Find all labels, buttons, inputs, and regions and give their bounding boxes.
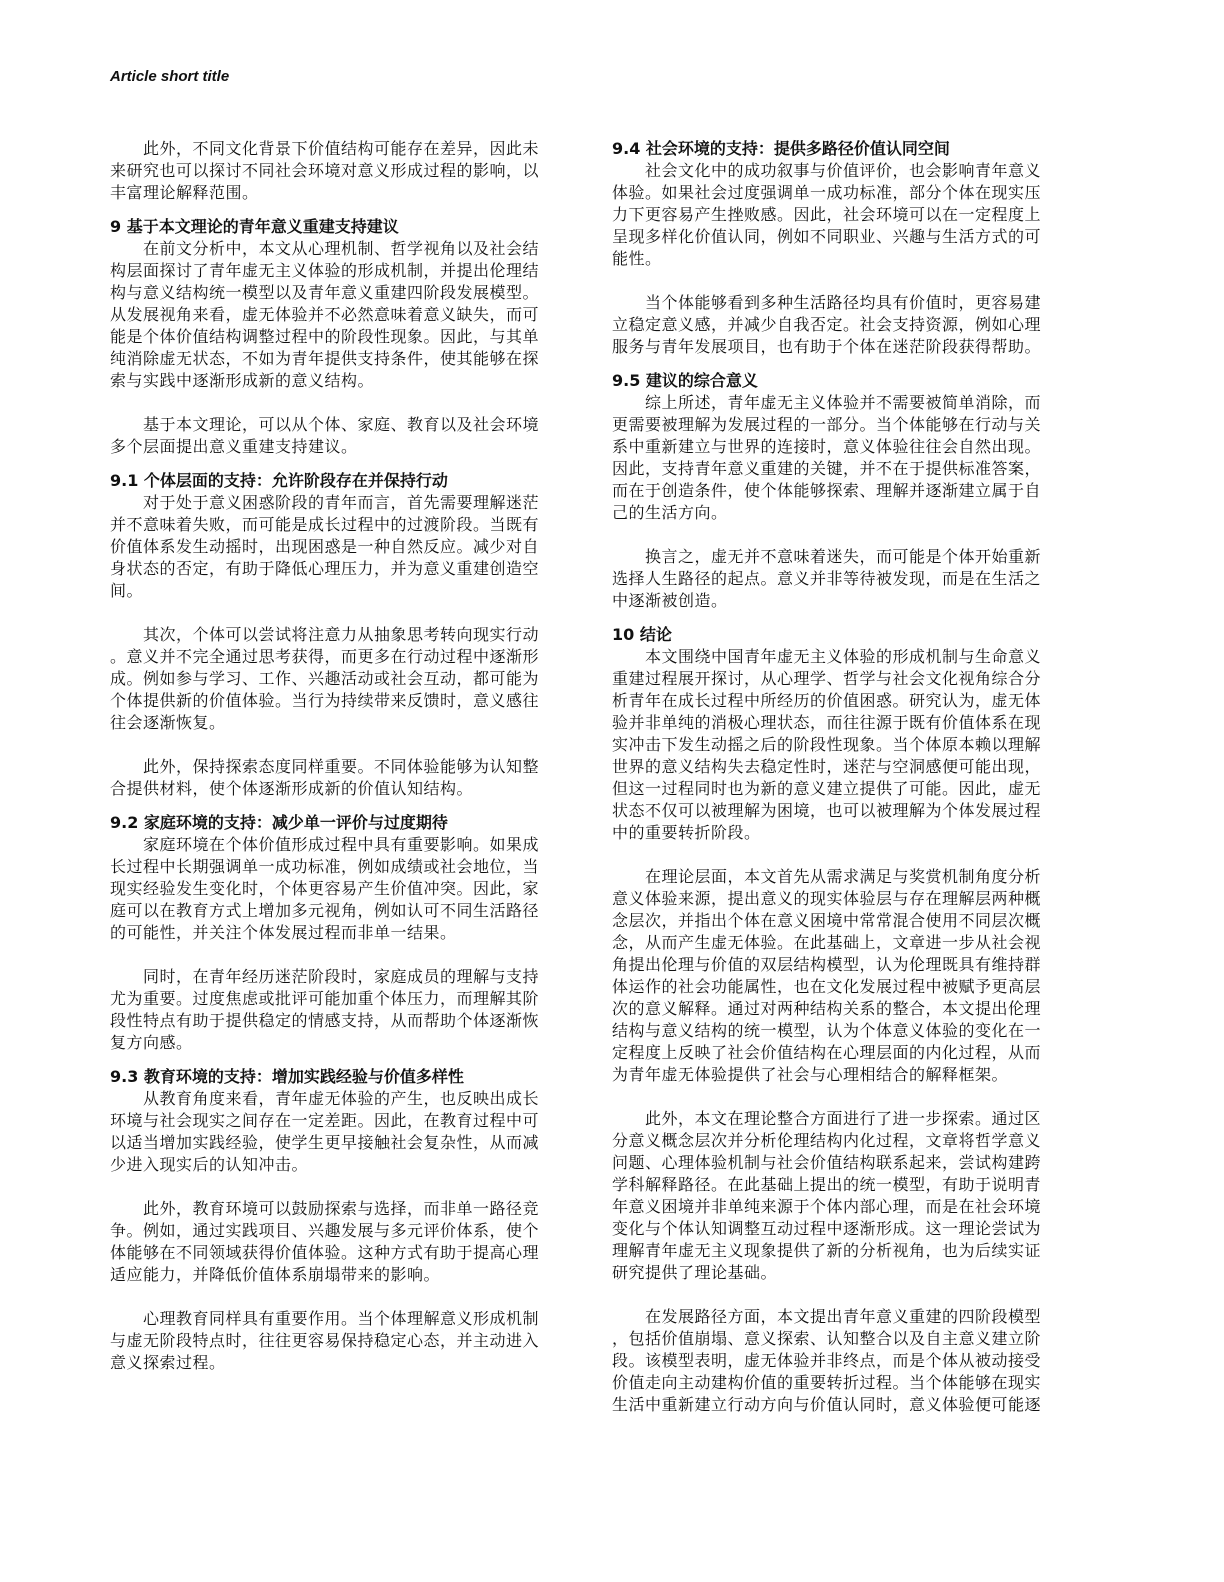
text-line: 角提出伦理与价值的双层结构模型，认为伦理既具有维持群 xyxy=(612,954,1082,976)
paragraph-gap xyxy=(612,270,1082,292)
text-line: 学科解释路径。在此基础上提出的统一模型，有助于说明青 xyxy=(612,1174,1082,1196)
left-column: 此外，不同文化背景下价值结构可能存在差异，因此未来研究也可以探讨不同社会环境对意… xyxy=(110,138,580,1374)
text-line: 心理教育同样具有重要作用。当个体理解意义形成机制 xyxy=(110,1308,580,1330)
text-line: 的可能性，并关注个体发展过程而非单一结果。 xyxy=(110,922,580,944)
text-line: 对于处于意义困惑阶段的青年而言，首先需要理解迷茫 xyxy=(110,492,580,514)
text-line: 析青年在成长过程中所经历的价值困惑。研究认为，虚无体 xyxy=(612,690,1082,712)
text-line: 多个层面提出意义重建支持建议。 xyxy=(110,436,580,458)
section-heading: 9.2 家庭环境的支持：减少单一评价与过度期待 xyxy=(110,812,580,834)
text-line: 体运作的社会功能属性，也在文化发展过程中被赋予更高层 xyxy=(612,976,1082,998)
text-line: 纯消除虚无状态，不如为青年提供支持条件，使其能够在探 xyxy=(110,348,580,370)
paragraph-gap xyxy=(612,524,1082,546)
text-line: 并不意味着失败，而可能是成长过程中的过渡阶段。当既有 xyxy=(110,514,580,536)
text-line: 意义体验来源，提出意义的现实体验层与存在理解层两种概 xyxy=(612,888,1082,910)
text-line: 以适当增加实践经验，使学生更早接触社会复杂性，从而减 xyxy=(110,1132,580,1154)
running-title: Article short title xyxy=(110,68,229,85)
text-line: 为青年虚无体验提供了社会与心理相结合的解释框架。 xyxy=(612,1064,1082,1086)
text-line: 社会文化中的成功叙事与价值评价，也会影响青年意义 xyxy=(612,160,1082,182)
text-line: 当个体能够看到多种生活路径均具有价值时，更容易建 xyxy=(612,292,1082,314)
text-line: 本文围绕中国青年虚无主义体验的形成机制与生命意义 xyxy=(612,646,1082,668)
text-line: 基于本文理论，可以从个体、家庭、教育以及社会环境 xyxy=(110,414,580,436)
text-line: 因此，支持青年意义重建的关键，并不在于提供标准答案， xyxy=(612,458,1082,480)
text-line: 重建过程展开探讨，从心理学、哲学与社会文化视角综合分 xyxy=(612,668,1082,690)
text-line: 综上所述，青年虚无主义体验并不需要被简单消除，而 xyxy=(612,392,1082,414)
section-gap xyxy=(612,612,1082,624)
text-line: 中逐渐被创造。 xyxy=(612,590,1082,612)
text-line: 。意义并不完全通过思考获得，而更多在行动过程中逐渐形 xyxy=(110,646,580,668)
text-line: 理解青年虚无主义现象提供了新的分析视角，也为后续实证 xyxy=(612,1240,1082,1262)
text-line: 变化与个体认知调整互动过程中逐渐形成。这一理论尝试为 xyxy=(612,1218,1082,1240)
text-line: 庭可以在教育方式上增加多元视角，例如认可不同生活路径 xyxy=(110,900,580,922)
text-line: 价值走向主动建构价值的重要转折过程。当个体能够在现实 xyxy=(612,1372,1082,1394)
text-line: 次的意义解释。通过对两种结构关系的整合，本文提出伦理 xyxy=(612,998,1082,1020)
text-line: 生活中重新建立行动方向与价值认同时，意义体验便可能逐 xyxy=(612,1394,1082,1416)
text-line: 长过程中长期强调单一成功标准，例如成绩或社会地位，当 xyxy=(110,856,580,878)
section-heading: 9.3 教育环境的支持：增加实践经验与价值多样性 xyxy=(110,1066,580,1088)
text-line: 研究提供了理论基础。 xyxy=(612,1262,1082,1284)
text-line: 力下更容易产生挫败感。因此，社会环境可以在一定程度上 xyxy=(612,204,1082,226)
text-line: 构层面探讨了青年虚无主义体验的形成机制，并提出伦理结 xyxy=(110,260,580,282)
paragraph-gap xyxy=(110,1286,580,1308)
paragraph-gap xyxy=(110,1176,580,1198)
text-line: 能是个体价值结构调整过程中的阶段性现象。因此，与其单 xyxy=(110,326,580,348)
text-line: 系中重新建立与世界的连接时，意义体验往往会自然出现。 xyxy=(612,436,1082,458)
text-line: 体验。如果社会过度强调单一成功标准，部分个体在现实压 xyxy=(612,182,1082,204)
text-line: 状态不仅可以被理解为困境，也可以被理解为个体发展过程 xyxy=(612,800,1082,822)
text-line: 与虚无阶段特点时，往往更容易保持稳定心态，并主动进入 xyxy=(110,1330,580,1352)
paragraph-gap xyxy=(612,1284,1082,1306)
text-line: 少进入现实后的认知冲击。 xyxy=(110,1154,580,1176)
text-line: 此外，本文在理论整合方面进行了进一步探索。通过区 xyxy=(612,1108,1082,1130)
text-line: 丰富理论解释范围。 xyxy=(110,182,580,204)
text-line: 在前文分析中，本文从心理机制、哲学视角以及社会结 xyxy=(110,238,580,260)
text-line: 从发展视角来看，虚无体验并不必然意味着意义缺失，而可 xyxy=(110,304,580,326)
text-line: 其次，个体可以尝试将注意力从抽象思考转向现实行动 xyxy=(110,624,580,646)
paragraph-gap xyxy=(110,392,580,414)
text-line: 段。该模型表明，虚无体验并非终点，而是个体从被动接受 xyxy=(612,1350,1082,1372)
text-line: ，包括价值崩塌、意义探索、认知整合以及自主意义建立阶 xyxy=(612,1328,1082,1350)
paragraph-gap xyxy=(110,602,580,624)
text-line: 现实经验发生变化时，个体更容易产生价值冲突。因此，家 xyxy=(110,878,580,900)
text-line: 个体提供新的价值体验。当行为持续带来反馈时，意义感往 xyxy=(110,690,580,712)
text-line: 复方向感。 xyxy=(110,1032,580,1054)
text-line: 同时，在青年经历迷茫阶段时，家庭成员的理解与支持 xyxy=(110,966,580,988)
section-gap xyxy=(110,800,580,812)
text-line: 立稳定意义感，并减少自我否定。社会支持资源，例如心理 xyxy=(612,314,1082,336)
text-line: 来研究也可以探讨不同社会环境对意义形成过程的影响，以 xyxy=(110,160,580,182)
section-heading: 9.1 个体层面的支持：允许阶段存在并保持行动 xyxy=(110,470,580,492)
text-line: 成。例如参与学习、工作、兴趣活动或社会互动，都可能为 xyxy=(110,668,580,690)
text-line: 体能够在不同领域获得价值体验。这种方式有助于提高心理 xyxy=(110,1242,580,1264)
text-line: 意义探索过程。 xyxy=(110,1352,580,1374)
section-gap xyxy=(110,204,580,216)
text-line: 适应能力，并降低价值体系崩塌带来的影响。 xyxy=(110,1264,580,1286)
text-line: 往会逐渐恢复。 xyxy=(110,712,580,734)
section-gap xyxy=(612,358,1082,370)
text-line: 间。 xyxy=(110,580,580,602)
paragraph-gap xyxy=(110,944,580,966)
text-line: 换言之，虚无并不意味着迷失，而可能是个体开始重新 xyxy=(612,546,1082,568)
text-line: 呈现多样化价值认同，例如不同职业、兴趣与生活方式的可 xyxy=(612,226,1082,248)
section-heading: 10 结论 xyxy=(612,624,1082,646)
text-line: 在发展路径方面，本文提出青年意义重建的四阶段模型 xyxy=(612,1306,1082,1328)
text-line: 家庭环境在个体价值形成过程中具有重要影响。如果成 xyxy=(110,834,580,856)
text-line: 身状态的否定，有助于降低心理压力，并为意义重建创造空 xyxy=(110,558,580,580)
text-line: 问题、心理体验机制与社会价值结构联系起来，尝试构建跨 xyxy=(612,1152,1082,1174)
text-line: 合提供材料，使个体逐渐形成新的价值认知结构。 xyxy=(110,778,580,800)
text-line: 环境与社会现实之间存在一定差距。因此，在教育过程中可 xyxy=(110,1110,580,1132)
text-line: 此外，教育环境可以鼓励探索与选择，而非单一路径竞 xyxy=(110,1198,580,1220)
paragraph-gap xyxy=(110,734,580,756)
text-line: 此外，保持探索态度同样重要。不同体验能够为认知整 xyxy=(110,756,580,778)
text-line: 念，从而产生虚无体验。在此基础上，文章进一步从社会视 xyxy=(612,932,1082,954)
text-line: 争。例如，通过实践项目、兴趣发展与多元评价体系，使个 xyxy=(110,1220,580,1242)
text-line: 结构与意义结构的统一模型，认为个体意义体验的变化在一 xyxy=(612,1020,1082,1042)
text-line: 世界的意义结构失去稳定性时，迷茫与空洞感便可能出现， xyxy=(612,756,1082,778)
text-line: 此外，不同文化背景下价值结构可能存在差异，因此未 xyxy=(110,138,580,160)
text-line: 构与意义结构统一模型以及青年意义重建四阶段发展模型。 xyxy=(110,282,580,304)
text-line: 但这一过程同时也为新的意义建立提供了可能。因此，虚无 xyxy=(612,778,1082,800)
right-column: 9.4 社会环境的支持：提供多路径价值认同空间 社会文化中的成功叙事与价值评价，… xyxy=(612,138,1082,1416)
section-heading: 9 基于本文理论的青年意义重建支持建议 xyxy=(110,216,580,238)
text-line: 中的重要转折阶段。 xyxy=(612,822,1082,844)
paragraph-gap xyxy=(612,844,1082,866)
text-line: 从教育角度来看，青年虚无体验的产生，也反映出成长 xyxy=(110,1088,580,1110)
text-line: 能性。 xyxy=(612,248,1082,270)
section-gap xyxy=(110,458,580,470)
text-line: 己的生活方向。 xyxy=(612,502,1082,524)
section-heading: 9.5 建议的综合意义 xyxy=(612,370,1082,392)
text-line: 分意义概念层次并分析伦理结构内化过程，文章将哲学意义 xyxy=(612,1130,1082,1152)
text-line: 实冲击下发生动摇之后的阶段性现象。当个体原本赖以理解 xyxy=(612,734,1082,756)
text-line: 段性特点有助于提供稳定的情感支持，从而帮助个体逐渐恢 xyxy=(110,1010,580,1032)
text-line: 而在于创造条件，使个体能够探索、理解并逐渐建立属于自 xyxy=(612,480,1082,502)
text-line: 在理论层面，本文首先从需求满足与奖赏机制角度分析 xyxy=(612,866,1082,888)
text-line: 念层次，并指出个体在意义困境中常常混合使用不同层次概 xyxy=(612,910,1082,932)
text-line: 索与实践中逐渐形成新的意义结构。 xyxy=(110,370,580,392)
text-line: 更需要被理解为发展过程的一部分。当个体能够在行动与关 xyxy=(612,414,1082,436)
text-line: 验并非单纯的消极心理状态，而往往源于既有价值体系在现 xyxy=(612,712,1082,734)
section-gap xyxy=(110,1054,580,1066)
text-line: 价值体系发生动摇时，出现困惑是一种自然反应。减少对自 xyxy=(110,536,580,558)
paragraph-gap xyxy=(612,1086,1082,1108)
text-line: 尤为重要。过度焦虑或批评可能加重个体压力，而理解其阶 xyxy=(110,988,580,1010)
text-line: 服务与青年发展项目，也有助于个体在迷茫阶段获得帮助。 xyxy=(612,336,1082,358)
text-line: 定程度上反映了社会价值结构在心理层面的内化过程，从而 xyxy=(612,1042,1082,1064)
text-line: 年意义困境并非单纯来源于个体内部心理，而是在社会环境 xyxy=(612,1196,1082,1218)
section-heading: 9.4 社会环境的支持：提供多路径价值认同空间 xyxy=(612,138,1082,160)
text-line: 选择人生路径的起点。意义并非等待被发现，而是在生活之 xyxy=(612,568,1082,590)
